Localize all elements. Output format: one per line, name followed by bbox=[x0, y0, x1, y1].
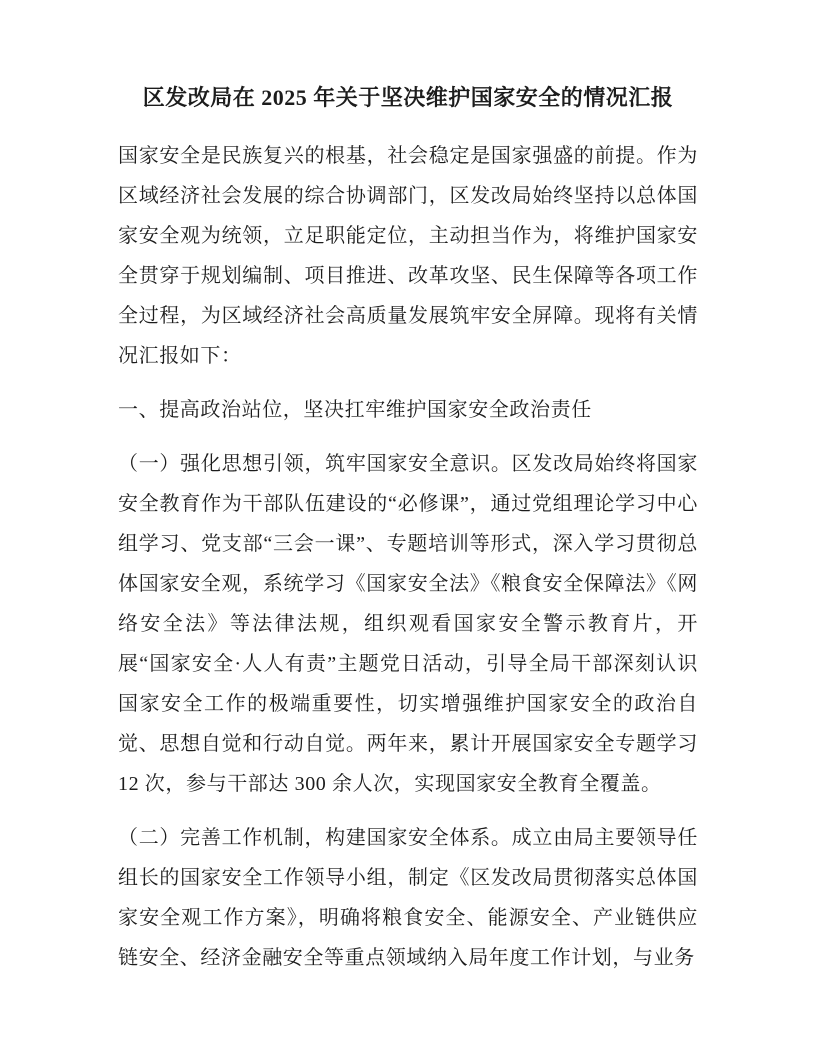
document-page: 区发改局在 2025 年关于坚决维护国家安全的情况汇报 国家安全是民族复兴的根基… bbox=[0, 0, 816, 1056]
intro-paragraph: 国家安全是民族复兴的根基，社会稳定是国家强盛的前提。作为区域经济社会发展的综合协… bbox=[118, 136, 698, 376]
section-heading-1: 一、提高政治站位，坚决扛牢维护国家安全政治责任 bbox=[118, 390, 698, 430]
subsection-paragraph-1: （一）强化思想引领，筑牢国家安全意识。区发改局始终将国家安全教育作为干部队伍建设… bbox=[118, 444, 698, 804]
subsection-paragraph-2: （二）完善工作机制，构建国家安全体系。成立由局主要领导任组长的国家安全工作领导小… bbox=[118, 818, 698, 978]
document-title: 区发改局在 2025 年关于坚决维护国家安全的情况汇报 bbox=[118, 78, 698, 118]
